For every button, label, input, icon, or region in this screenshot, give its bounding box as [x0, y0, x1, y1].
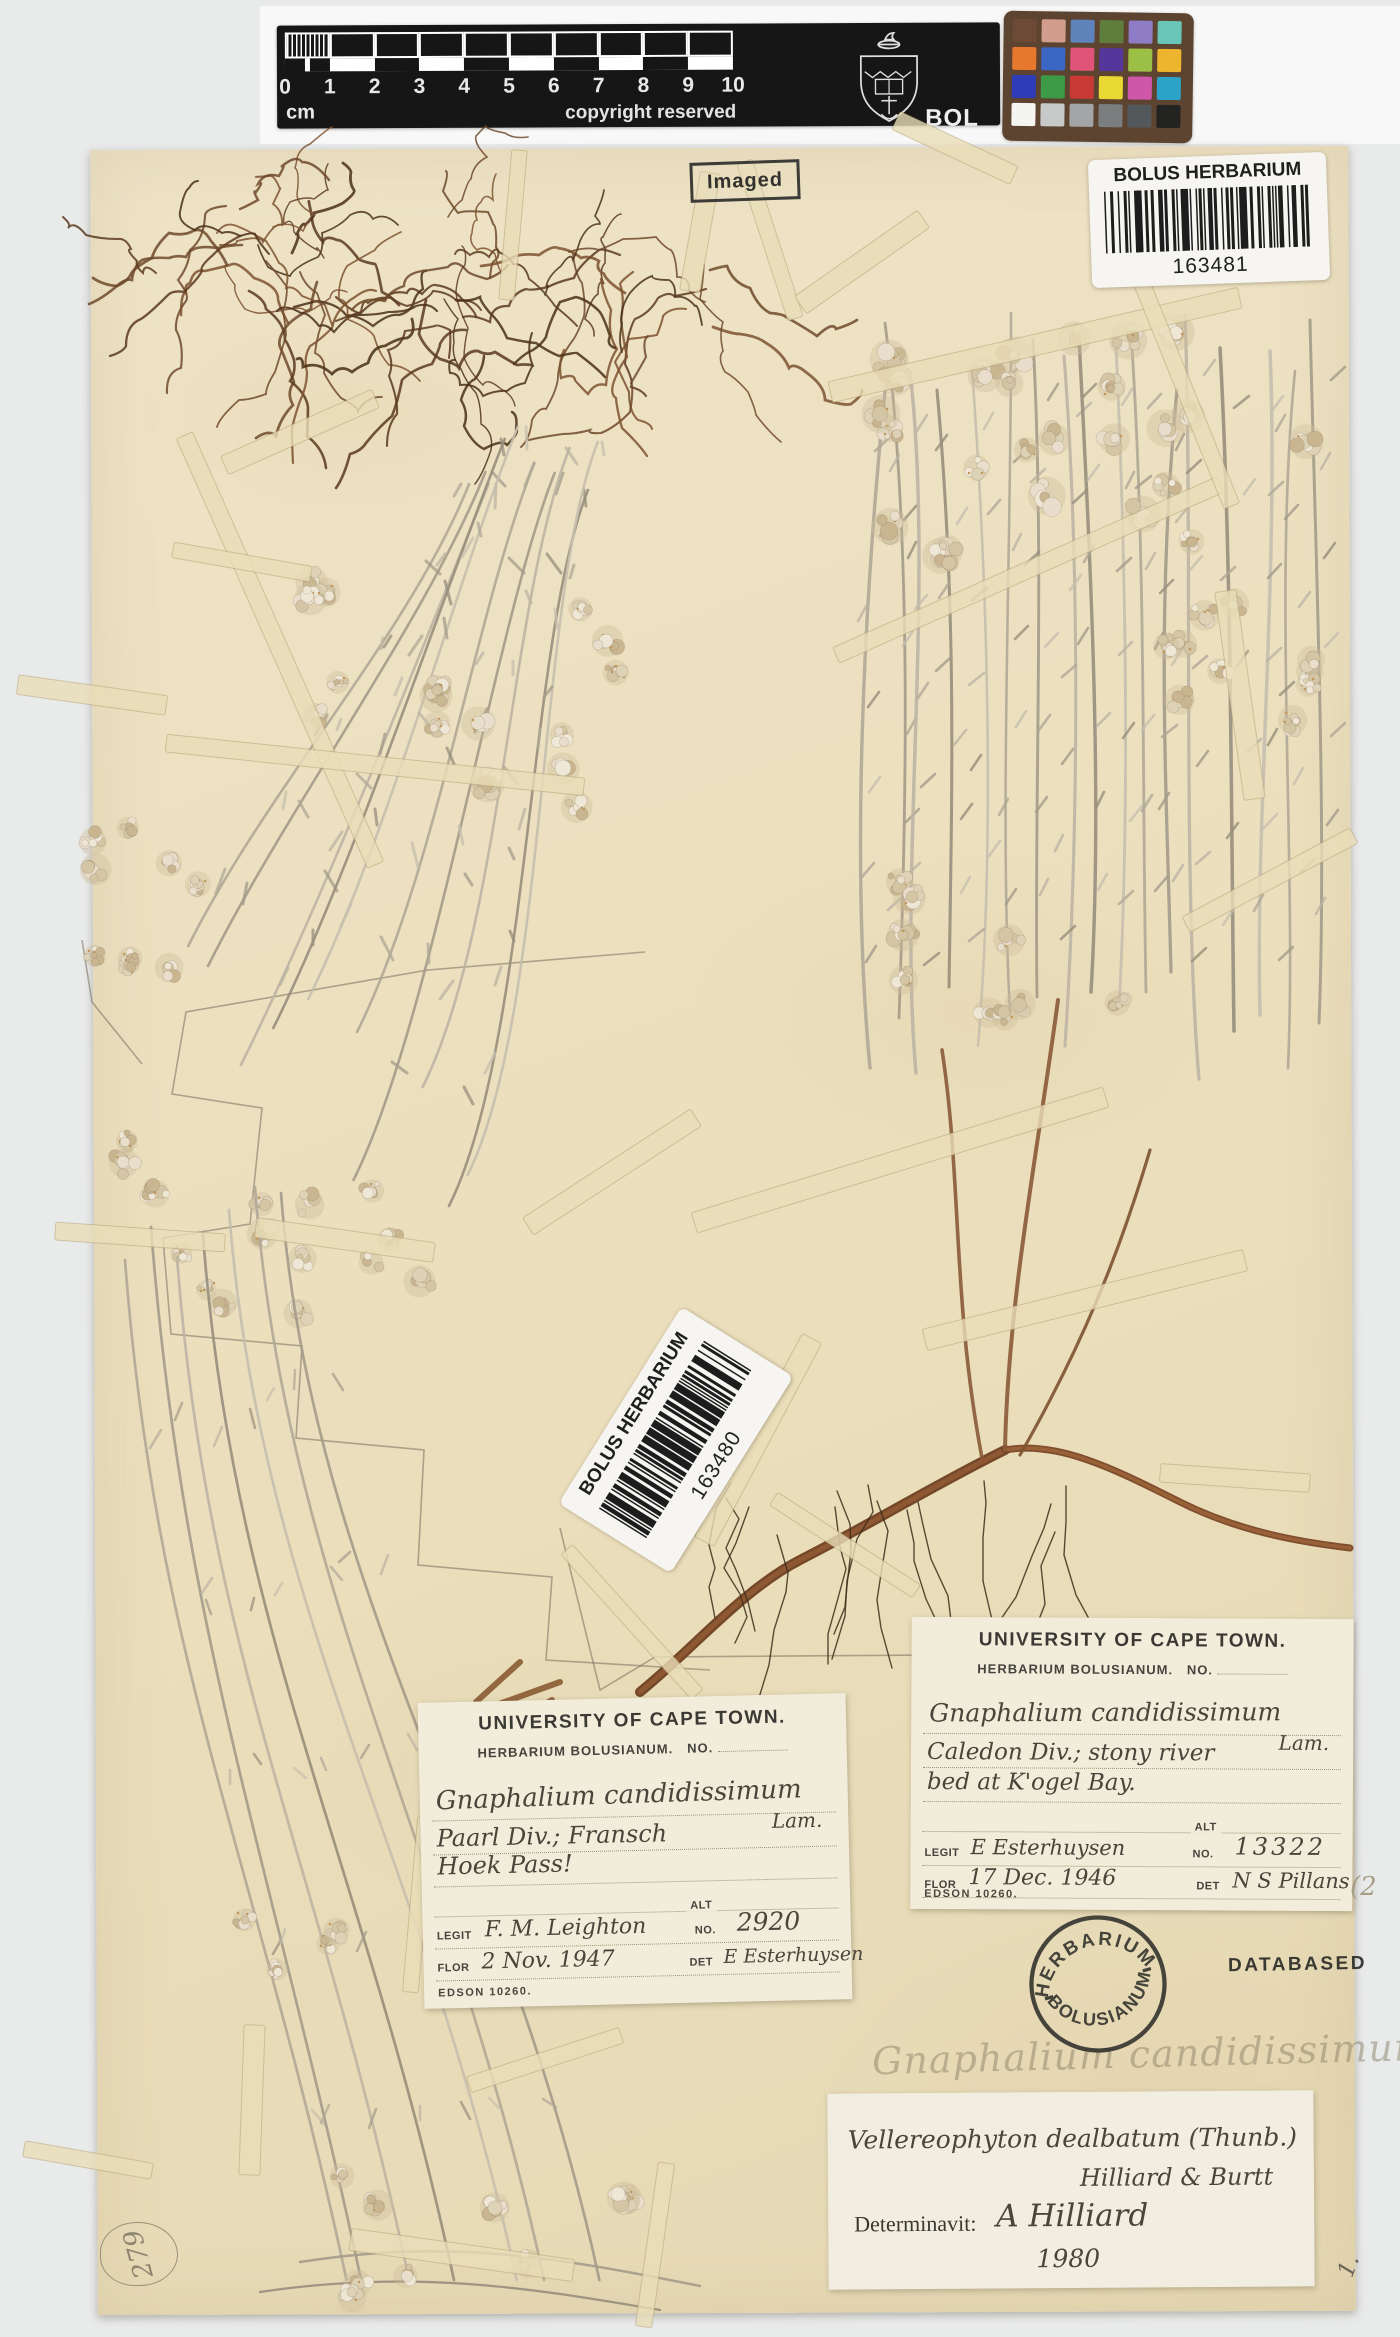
- collector-number: 2920: [736, 1906, 800, 1936]
- blank-rule: [718, 1750, 788, 1753]
- rule-line: [923, 1801, 1341, 1804]
- printer-mark: EDSON 10260.: [438, 1985, 532, 1999]
- specimen-label-right: UNIVERSITY OF CAPE TOWN. HERBARIUM BOLUS…: [910, 1617, 1354, 1911]
- locality-line1: Paarl Div.; Fransch: [436, 1819, 667, 1852]
- collector-number: 13322: [1234, 1833, 1326, 1861]
- label-institution: UNIVERSITY OF CAPE TOWN.: [912, 1629, 1354, 1653]
- determiner-handwriting: E Esterhuysen: [723, 1943, 863, 1968]
- species-handwriting: Gnaphalium candidissimum: [929, 1697, 1281, 1727]
- det-determiner: A Hilliard: [996, 2197, 1148, 2234]
- herbarium-name: HERBARIUM BOLUSIANUM.: [477, 1741, 673, 1760]
- flor-label: FLOR: [437, 1962, 469, 1975]
- det-year: 1980: [1036, 2244, 1100, 2273]
- herbarium-scan: 012345678910 cm copyright reserved BOL G…: [0, 0, 1400, 2337]
- alt-label: ALT: [1191, 1821, 1221, 1833]
- locality-line2: bed at K'ogel Bay.: [927, 1769, 1136, 1796]
- label-institution: UNIVERSITY OF CAPE TOWN.: [418, 1705, 846, 1737]
- determinavit-label: Vellereophyton dealbatum (Thunb.) Hillia…: [827, 2090, 1314, 2289]
- determinavit-printed-label: Determinavit:: [854, 2211, 976, 2238]
- barcode-number: 163481: [1172, 253, 1249, 280]
- collector-handwriting: E Esterhuysen: [970, 1835, 1125, 1860]
- species-handwriting: Gnaphalium candidissimum: [435, 1774, 802, 1816]
- pencil-note: (2: [1350, 1872, 1377, 1902]
- blank-rule: [1218, 1673, 1288, 1674]
- det-label: DET: [1196, 1880, 1220, 1892]
- det-species-line: Vellereophyton dealbatum (Thunb.): [848, 2122, 1298, 2154]
- no-label: NO.: [687, 1740, 713, 1756]
- printer-mark: EDSON 10260.: [924, 1888, 1018, 1900]
- legit-label: LEGIT: [925, 1847, 960, 1859]
- det-authority: Hilliard & Burtt: [1080, 2163, 1273, 2192]
- label-herbarium-line: HERBARIUM BOLUSIANUM. NO.: [911, 1661, 1353, 1678]
- flor-date: 17 Dec. 1946: [968, 1865, 1116, 1891]
- barcode-icon: [1102, 184, 1316, 253]
- legit-label: LEGIT: [437, 1930, 472, 1943]
- barcode-label-163481: BOLUS HERBARIUM 163481: [1088, 152, 1330, 288]
- no-label: NO.: [1187, 1662, 1213, 1677]
- collector-no-label: NO.: [695, 1924, 716, 1936]
- author-handwriting: Lam.: [772, 1808, 823, 1833]
- locality-line2: Hoek Pass!: [437, 1849, 573, 1880]
- specimen-label-left: UNIVERSITY OF CAPE TOWN. HERBARIUM BOLUS…: [418, 1693, 853, 2009]
- flor-date: 2 Nov. 1947: [481, 1946, 615, 1974]
- herbarium-name: HERBARIUM BOLUSIANUM.: [977, 1661, 1173, 1677]
- label-herbarium-line: HERBARIUM BOLUSIANUM. NO.: [419, 1737, 847, 1762]
- locality-line1: Caledon Div.; stony river: [927, 1739, 1215, 1767]
- collector-no-label: NO.: [1192, 1848, 1213, 1860]
- barcode-institution: BOLUS HERBARIUM: [1113, 159, 1302, 188]
- imaged-stamp: Imaged: [689, 159, 800, 203]
- alt-label: ALT: [686, 1899, 716, 1912]
- det-label: DET: [689, 1956, 713, 1969]
- circled-accession-number: 279: [100, 2222, 178, 2286]
- author-handwriting: Lam.: [1279, 1731, 1330, 1755]
- circled-number-text: 279: [118, 2226, 160, 2282]
- collector-handwriting: F. M. Leighton: [484, 1914, 646, 1943]
- determiner-handwriting: N S Pillans: [1232, 1869, 1349, 1894]
- databased-stamp: DATABASED: [1228, 1953, 1367, 1977]
